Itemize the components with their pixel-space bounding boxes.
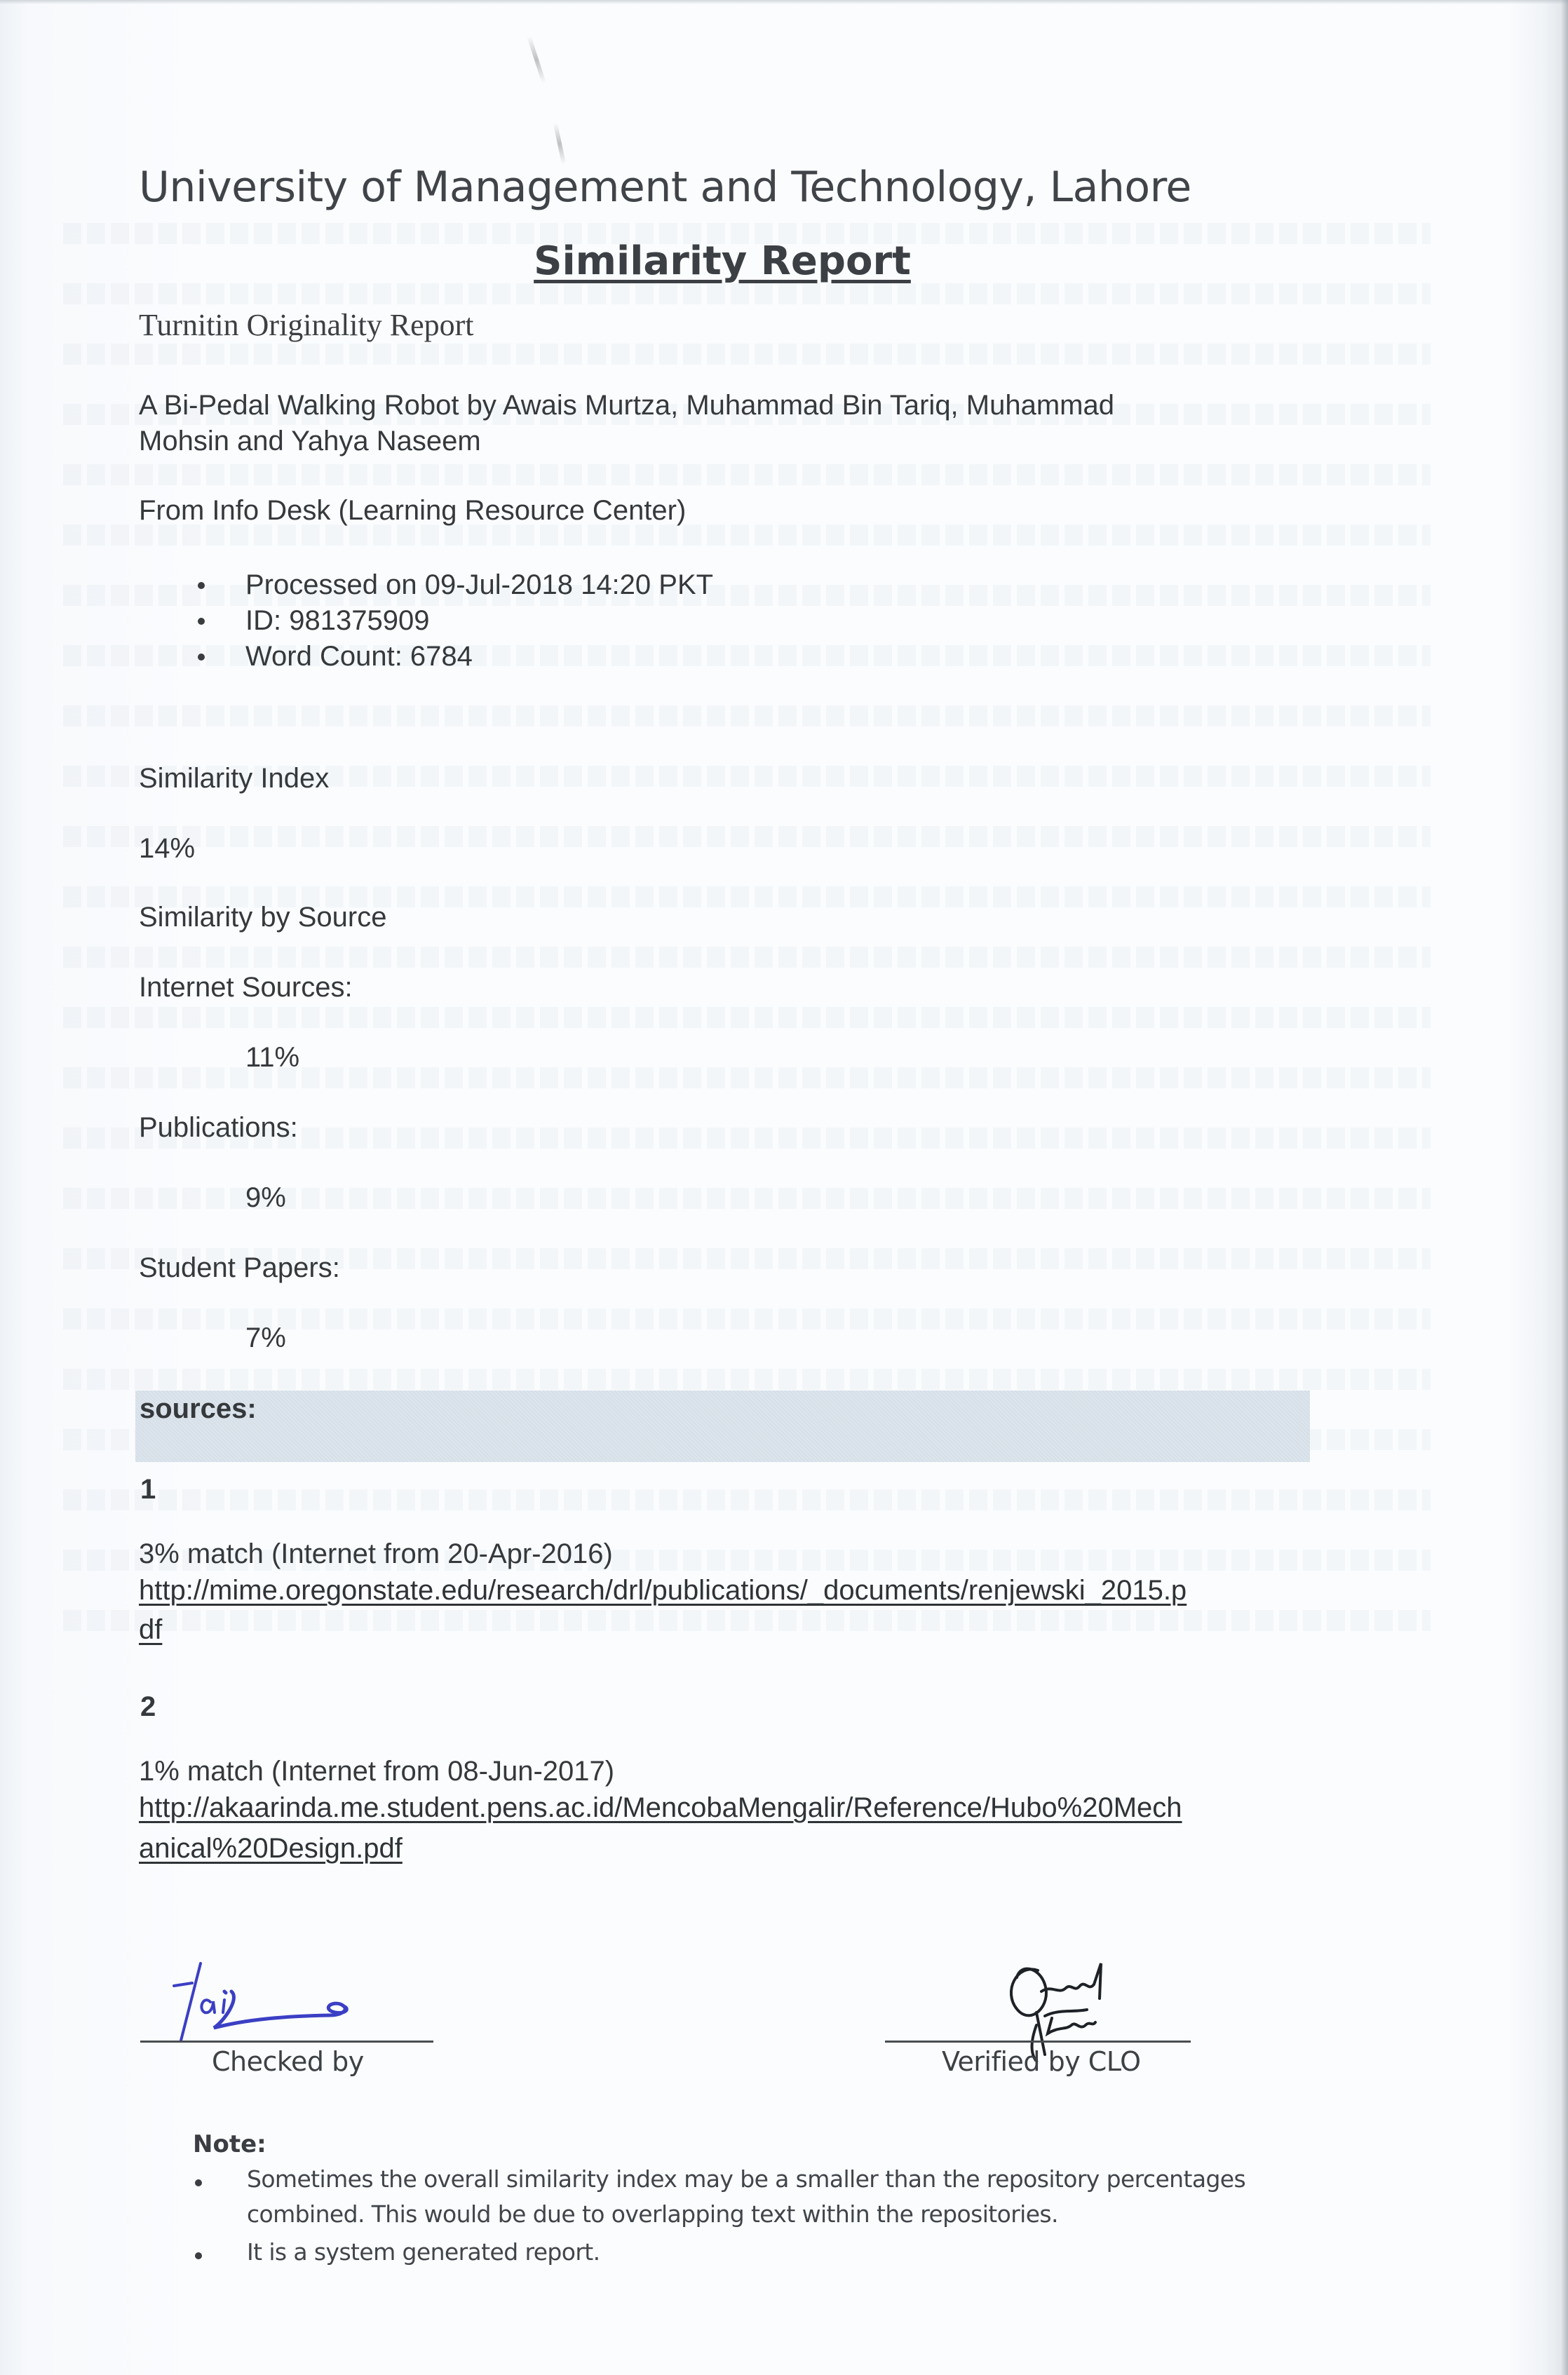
publications-value: 9% [245,1182,286,1214]
verified-by-signature [989,1942,1192,2062]
report-title: Similarity Report [0,238,1445,284]
source-1-link[interactable]: http://mime.oregonstate.edu/research/drl… [139,1575,1187,1606]
similarity-index-label: Similarity Index [139,763,329,794]
institution-title: University of Management and Technology,… [139,163,1191,212]
source-1-link-cont[interactable]: df [139,1614,162,1646]
verified-by-label: Verified by CLO [942,2046,1141,2077]
bullet-icon [198,618,205,625]
scan-artifact [527,36,546,83]
student-papers-value: 7% [245,1322,286,1354]
page-edge-shadow [1561,0,1568,2375]
document-title-line-2: Mohsin and Yahya Naseem [139,426,481,457]
similarity-index-value: 14% [139,833,195,865]
note-item-2: It is a system generated report. [247,2238,600,2266]
bullet-icon [195,2252,202,2259]
source-1-number: 1 [140,1474,156,1505]
source-2-link[interactable]: http://akaarinda.me.student.pens.ac.id/M… [139,1792,1182,1824]
note-label: Note: [193,2130,266,2158]
document-title-line-1: A Bi-Pedal Walking Robot by Awais Murtza… [139,390,1114,421]
scanned-page: University of Management and Technology,… [0,0,1568,2375]
similarity-by-source-label: Similarity by Source [139,902,386,933]
internet-sources-value: 11% [245,1042,299,1074]
checked-by-label: Checked by [212,2046,364,2077]
page-top-edge [0,0,1568,4]
checked-by-signature [161,1942,414,2048]
note-item-1-line-1: Sometimes the overall similarity index m… [247,2165,1245,2193]
source-1-match: 3% match (Internet from 20-Apr-2016) [139,1538,613,1570]
student-papers-label: Student Papers: [139,1252,340,1284]
sources-banner: sources: [135,1391,1310,1462]
sources-heading: sources: [140,1393,257,1425]
report-type: Turnitin Originality Report [139,307,474,343]
note-item-1-line-2: combined. This would be due to overlappi… [247,2200,1058,2228]
internet-sources-label: Internet Sources: [139,972,353,1003]
source-2-number: 2 [140,1691,156,1723]
bullet-icon [195,2179,202,2186]
scan-artifact [553,123,566,165]
bullet-icon [198,582,205,589]
source-2-link-cont[interactable]: anical%20Design.pdf [139,1833,403,1865]
source-desk: From Info Desk (Learning Resource Center… [139,495,686,527]
bullet-icon [198,654,205,661]
publications-label: Publications: [139,1112,298,1144]
source-2-match: 1% match (Internet from 08-Jun-2017) [139,1756,614,1787]
checked-by-line [140,2041,433,2043]
verified-by-line [885,2041,1191,2043]
